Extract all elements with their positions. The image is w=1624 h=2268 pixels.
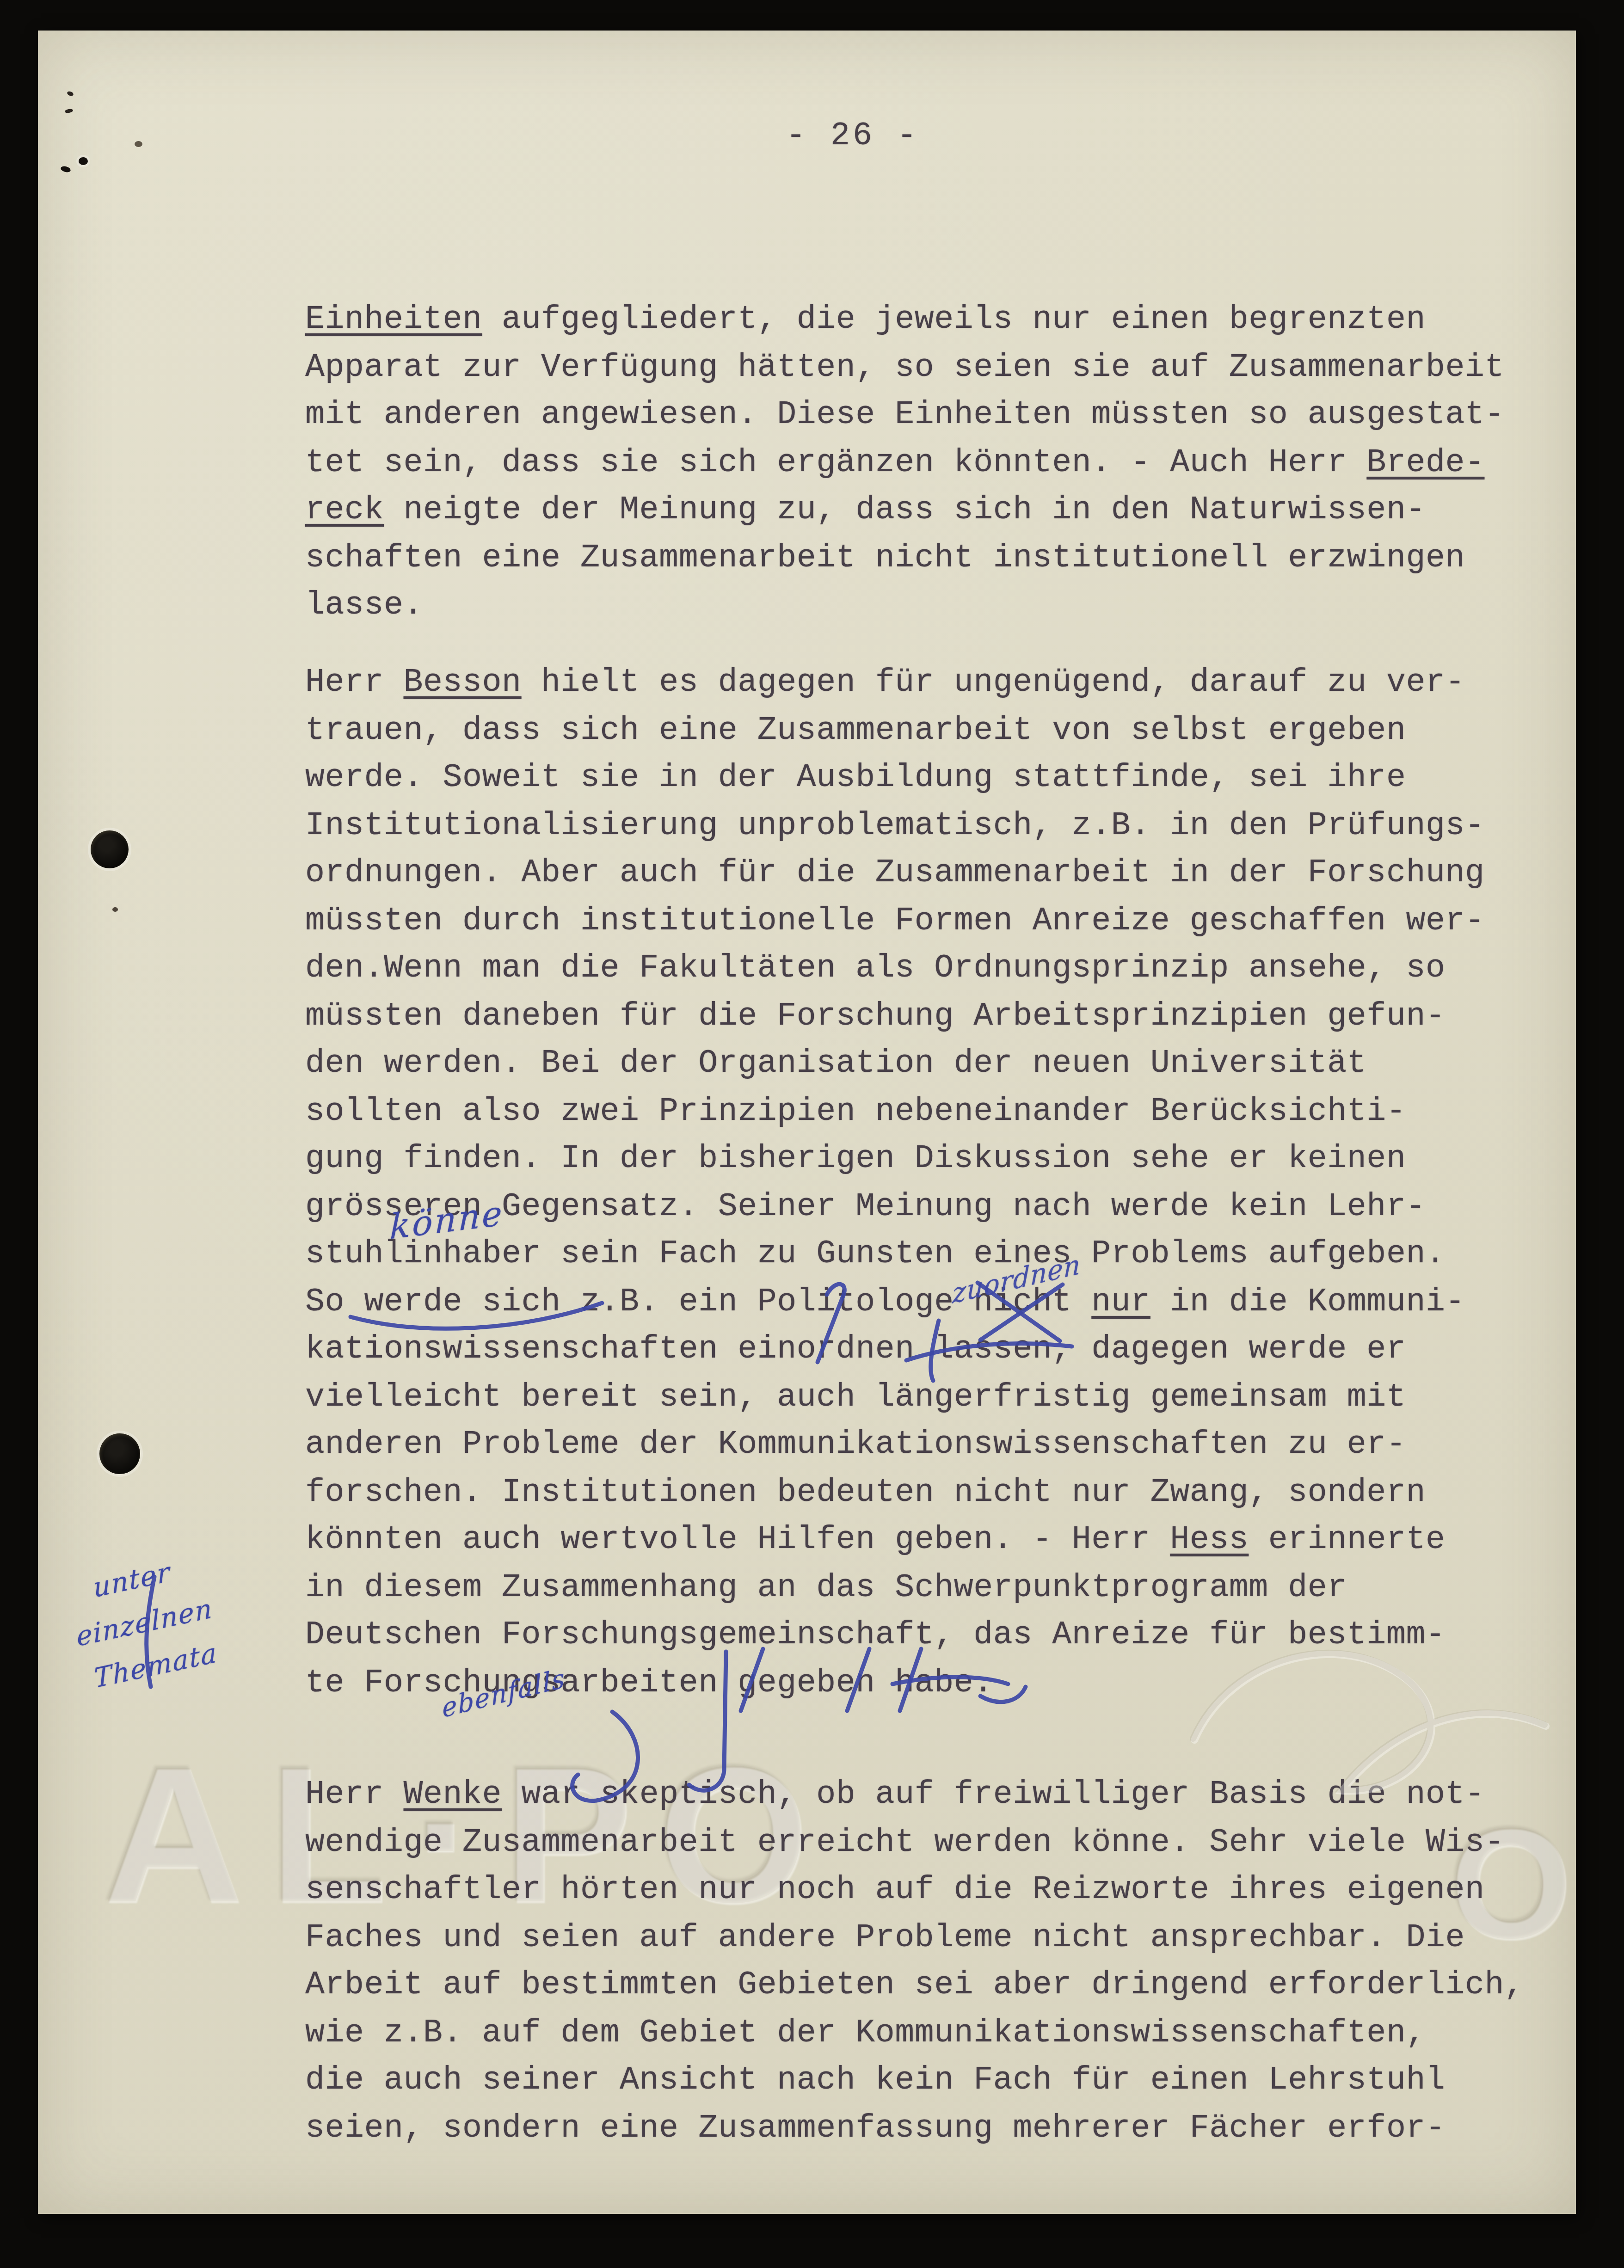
typed-line: seien, sondern eine Zusammenfassung mehr… — [305, 2105, 1524, 2152]
typed-line: Faches und seien auf andere Probleme nic… — [305, 1914, 1524, 1962]
typed-line: Einheiten aufgegliedert, die jeweils nur… — [305, 296, 1504, 344]
typed-line: den.Wenn man die Fakultäten als Ordnungs… — [305, 945, 1484, 992]
typed-line: gung finden. In der bisherigen Diskussio… — [305, 1135, 1484, 1183]
typed-line: in diesem Zusammenhang an das Schwerpunk… — [305, 1564, 1484, 1612]
typed-line: sollten also zwei Prinzipien nebeneinand… — [305, 1088, 1484, 1136]
handwriting-margin-note: unter einzelnen Themata — [92, 1541, 219, 1700]
typed-line: schaften eine Zusammenarbeit nicht insti… — [305, 535, 1504, 582]
typed-line: trauen, dass sich eine Zusammenarbeit vo… — [305, 707, 1484, 755]
typed-line: könnten auch wertvolle Hilfen geben. - H… — [305, 1516, 1484, 1564]
paper-speck — [112, 907, 118, 912]
typed-line: kationswissenschaften einordnen lassen, … — [305, 1326, 1484, 1373]
typed-line: werde. Soweit sie in der Ausbildung stat… — [305, 754, 1484, 802]
paragraph-wenke: Herr Wenke war skeptisch, ob auf freiwil… — [305, 1771, 1524, 2152]
typed-line: ordnungen. Aber auch für die Zusammenarb… — [305, 849, 1484, 897]
paper-speck — [79, 157, 88, 165]
typed-line: lasse. — [305, 582, 1504, 629]
typed-line: reck neigte der Meinung zu, dass sich in… — [305, 486, 1504, 534]
paper-speck — [135, 141, 142, 147]
typed-line: senschaftler hörten nur noch auf die Rei… — [305, 1866, 1524, 1914]
typed-line: Herr Besson hielt es dagegen für ungenüg… — [305, 659, 1484, 707]
typed-line: müssten daneben für die Forschung Arbeit… — [305, 993, 1484, 1040]
typed-line: Apparat zur Verfügung hätten, so seien s… — [305, 344, 1504, 392]
typed-line: vielleicht bereit sein, auch längerfrist… — [305, 1374, 1484, 1421]
typed-line: den werden. Bei der Organisation der neu… — [305, 1040, 1484, 1088]
paragraph-besson: Herr Besson hielt es dagegen für ungenüg… — [305, 659, 1484, 1707]
typed-line: So werde sich z.B. ein Politologe nicht … — [305, 1278, 1484, 1326]
typed-line: müssten durch institutionelle Formen Anr… — [305, 897, 1484, 945]
page-number: - 26 - — [786, 118, 919, 154]
document-page: AL·PO OS - 26 - Einheiten aufgegliedert,… — [38, 31, 1576, 2214]
typed-line: wendige Zusammenarbeit erreicht werden k… — [305, 1819, 1524, 1867]
typed-line: wie z.B. auf dem Gebiet der Kommunikatio… — [305, 2010, 1524, 2057]
typed-line: Institutionalisierung unproblematisch, z… — [305, 802, 1484, 850]
typed-line: forschen. Institutionen bedeuten nicht n… — [305, 1469, 1484, 1517]
typed-line: tet sein, dass sie sich ergänzen könnten… — [305, 439, 1504, 487]
typed-line: anderen Probleme der Kommunikationswisse… — [305, 1421, 1484, 1469]
typed-line: Arbeit auf bestimmten Gebieten sei aber … — [305, 1961, 1524, 2009]
typed-line: die auch seiner Ansicht nach kein Fach f… — [305, 2057, 1524, 2104]
scanned-document: AL·PO OS - 26 - Einheiten aufgegliedert,… — [0, 0, 1624, 2268]
typed-line: stuhlinhaber sein Fach zu Gunsten eines … — [305, 1230, 1484, 1278]
typed-line: mit anderen angewiesen. Diese Einheiten … — [305, 391, 1504, 439]
typed-line: Herr Wenke war skeptisch, ob auf freiwil… — [305, 1771, 1524, 1819]
punch-hole-top — [91, 830, 129, 868]
typed-line: Deutschen Forschungsgemeinschaft, das An… — [305, 1611, 1484, 1659]
punch-hole-bottom — [99, 1433, 140, 1474]
paragraph-einheiten: Einheiten aufgegliedert, die jeweils nur… — [305, 296, 1504, 629]
